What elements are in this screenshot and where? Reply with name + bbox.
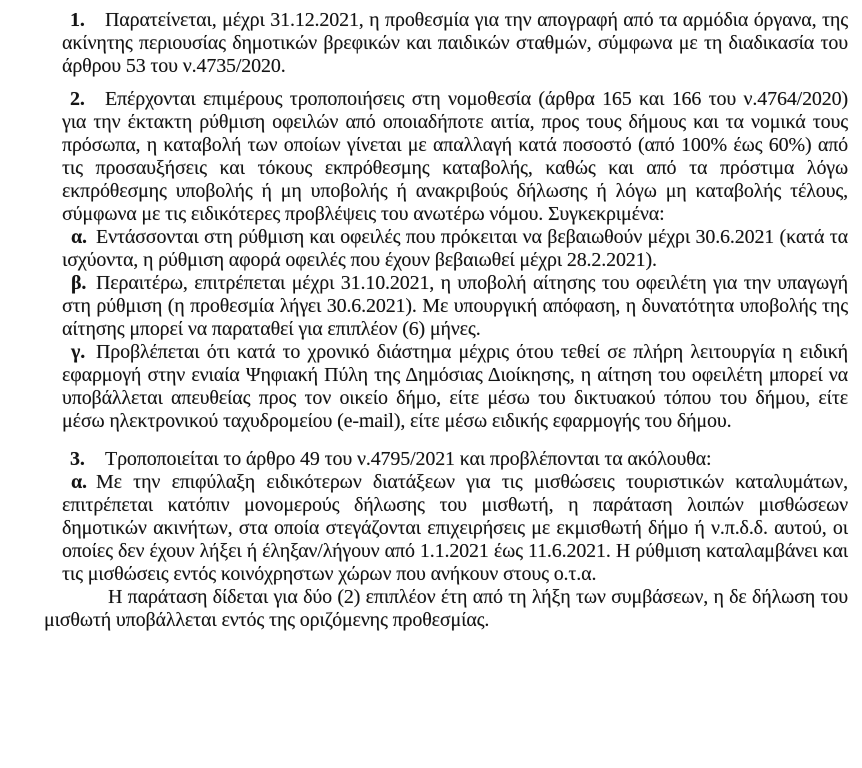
paragraph-1: 1.Παρατείνεται, μέχρι 31.12.2021, η προθ… <box>62 9 848 78</box>
paragraph-2a-letter: α. <box>71 226 96 249</box>
paragraph-2b-text: Περαιτέρω, επιτρέπεται μέχρι 31.10.2021,… <box>62 272 848 340</box>
closing-paragraph: Η παράταση δίδεται για δύο (2) επιπλέον … <box>44 586 848 632</box>
document-page: 1.Παρατείνεται, μέχρι 31.12.2021, η προθ… <box>0 0 862 768</box>
paragraph-2c: γ.Προβλέπεται ότι κατά το χρονικό διάστη… <box>62 341 848 433</box>
paragraph-3-number: 3. <box>70 448 105 471</box>
paragraph-3a: α.Με την επιφύλαξη ειδικότερων διατάξεων… <box>62 471 848 586</box>
paragraph-3a-letter: α. <box>71 471 96 494</box>
paragraph-1-text: Παρατείνεται, μέχρι 31.12.2021, η προθεσ… <box>62 9 848 77</box>
paragraph-2-text: Επέρχονται επιμέρους τροποποιήσεις στη ν… <box>62 88 848 225</box>
paragraph-3a-text: Με την επιφύλαξη ειδικότερων διατάξεων γ… <box>62 471 848 585</box>
paragraph-2-number: 2. <box>70 88 105 111</box>
paragraph-2c-letter: γ. <box>71 341 96 364</box>
paragraph-2c-text: Προβλέπεται ότι κατά το χρονικό διάστημα… <box>62 341 848 432</box>
paragraph-2b-letter: β. <box>71 272 96 295</box>
paragraph-3-text: Τροποποιείται το άρθρο 49 του ν.4795/202… <box>105 448 711 470</box>
closing-paragraph-text: Η παράταση δίδεται για δύο (2) επιπλέον … <box>44 586 848 631</box>
paragraph-2a: α.Εντάσσονται στη ρύθμιση και οφειλές πο… <box>62 226 848 272</box>
paragraph-1-number: 1. <box>70 9 105 32</box>
paragraph-3: 3.Τροποποιείται το άρθρο 49 του ν.4795/2… <box>62 448 848 471</box>
paragraph-2a-text: Εντάσσονται στη ρύθμιση και οφειλές που … <box>62 226 848 271</box>
paragraph-2b: β.Περαιτέρω, επιτρέπεται μέχρι 31.10.202… <box>62 272 848 341</box>
paragraph-2: 2.Επέρχονται επιμέρους τροποποιήσεις στη… <box>62 88 848 226</box>
